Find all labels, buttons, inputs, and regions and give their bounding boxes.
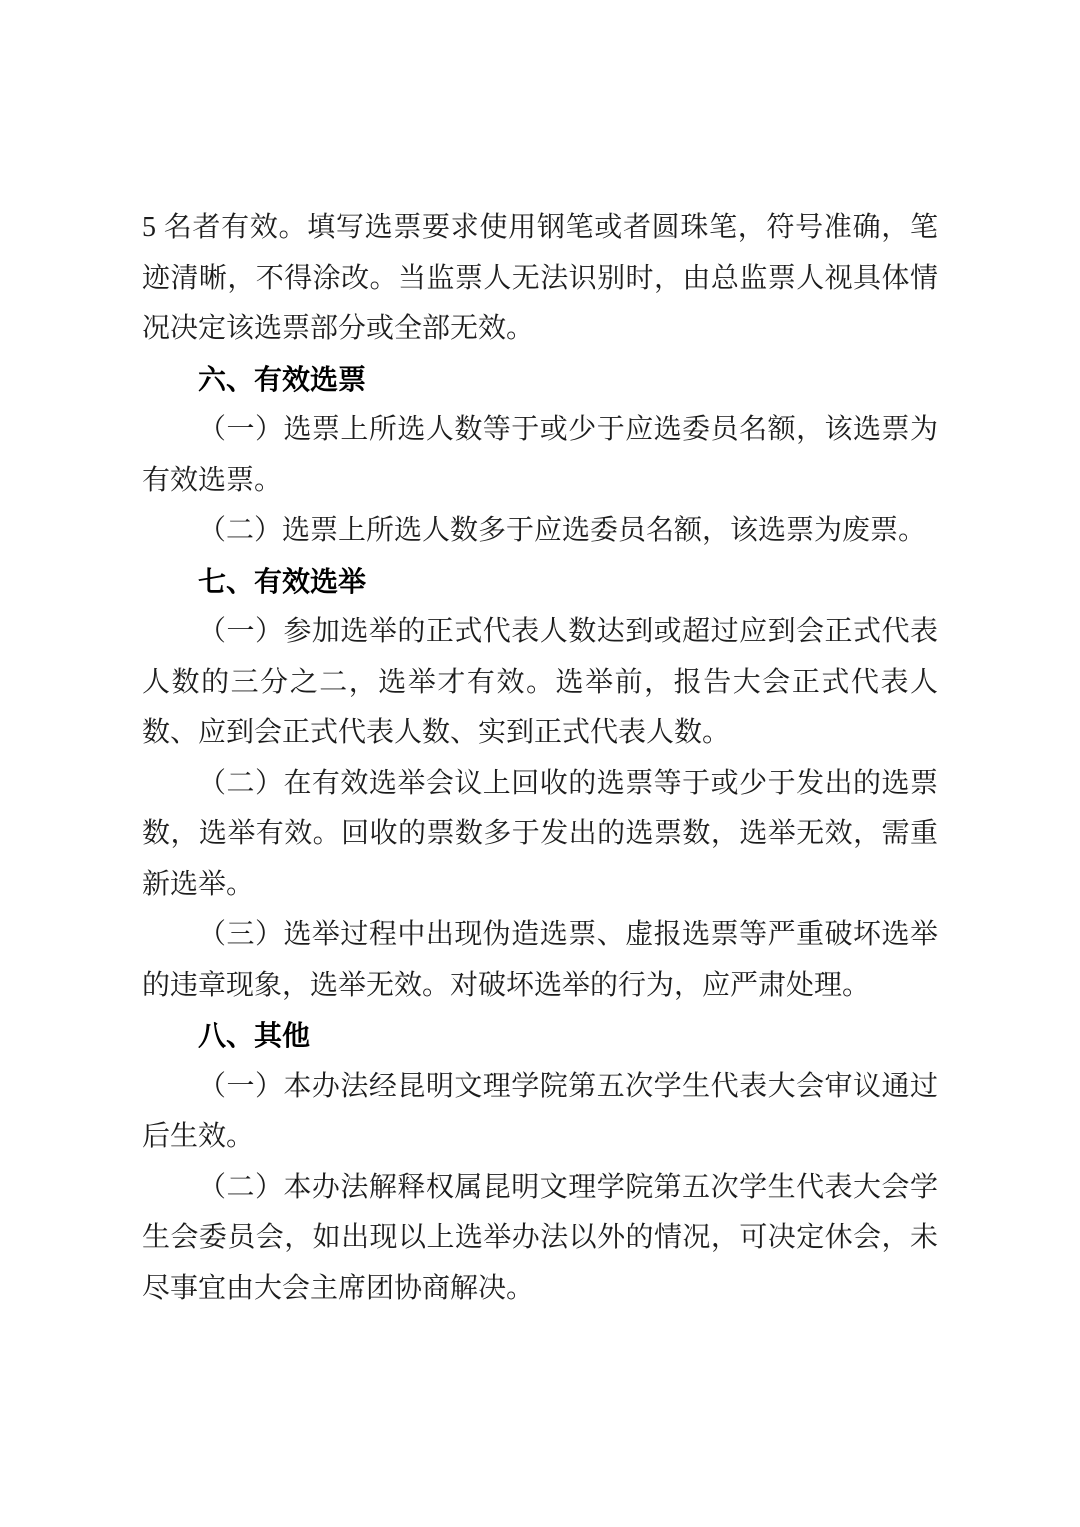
paragraph-8-item-2: （二）本办法解释权属昆明文理学院第五次学生代表大会学生会委员会，如出现以上选举办…	[142, 1163, 938, 1315]
paragraph-8-item-1: （一）本办法经昆明文理学院第五次学生代表大会审议通过后生效。	[142, 1062, 938, 1163]
paragraph-continuation: 5 名者有效。填写选票要求使用钢笔或者圆珠笔，符号准确，笔迹清晰，不得涂改。当监…	[142, 203, 938, 355]
document-page: 5 名者有效。填写选票要求使用钢笔或者圆珠笔，符号准确，笔迹清晰，不得涂改。当监…	[0, 0, 1080, 1527]
paragraph-7-item-1: （一）参加选举的正式代表人数达到或超过应到会正式代表人数的三分之二，选举才有效。…	[142, 607, 938, 759]
section-heading-8: 八、其他	[142, 1011, 938, 1062]
paragraph-6-item-1: （一）选票上所选人数等于或少于应选委员名额，该选票为有效选票。	[142, 405, 938, 506]
section-heading-6: 六、有效选票	[142, 355, 938, 406]
section-heading-7: 七、有效选举	[142, 557, 938, 608]
document-body: 5 名者有效。填写选票要求使用钢笔或者圆珠笔，符号准确，笔迹清晰，不得涂改。当监…	[142, 203, 938, 1314]
paragraph-7-item-2: （二）在有效选举会议上回收的选票等于或少于发出的选票数，选举有效。回收的票数多于…	[142, 759, 938, 911]
paragraph-7-item-3: （三）选举过程中出现伪造选票、虚报选票等严重破坏选举的违章现象，选举无效。对破坏…	[142, 910, 938, 1011]
paragraph-6-item-2: （二）选票上所选人数多于应选委员名额，该选票为废票。	[142, 506, 938, 557]
